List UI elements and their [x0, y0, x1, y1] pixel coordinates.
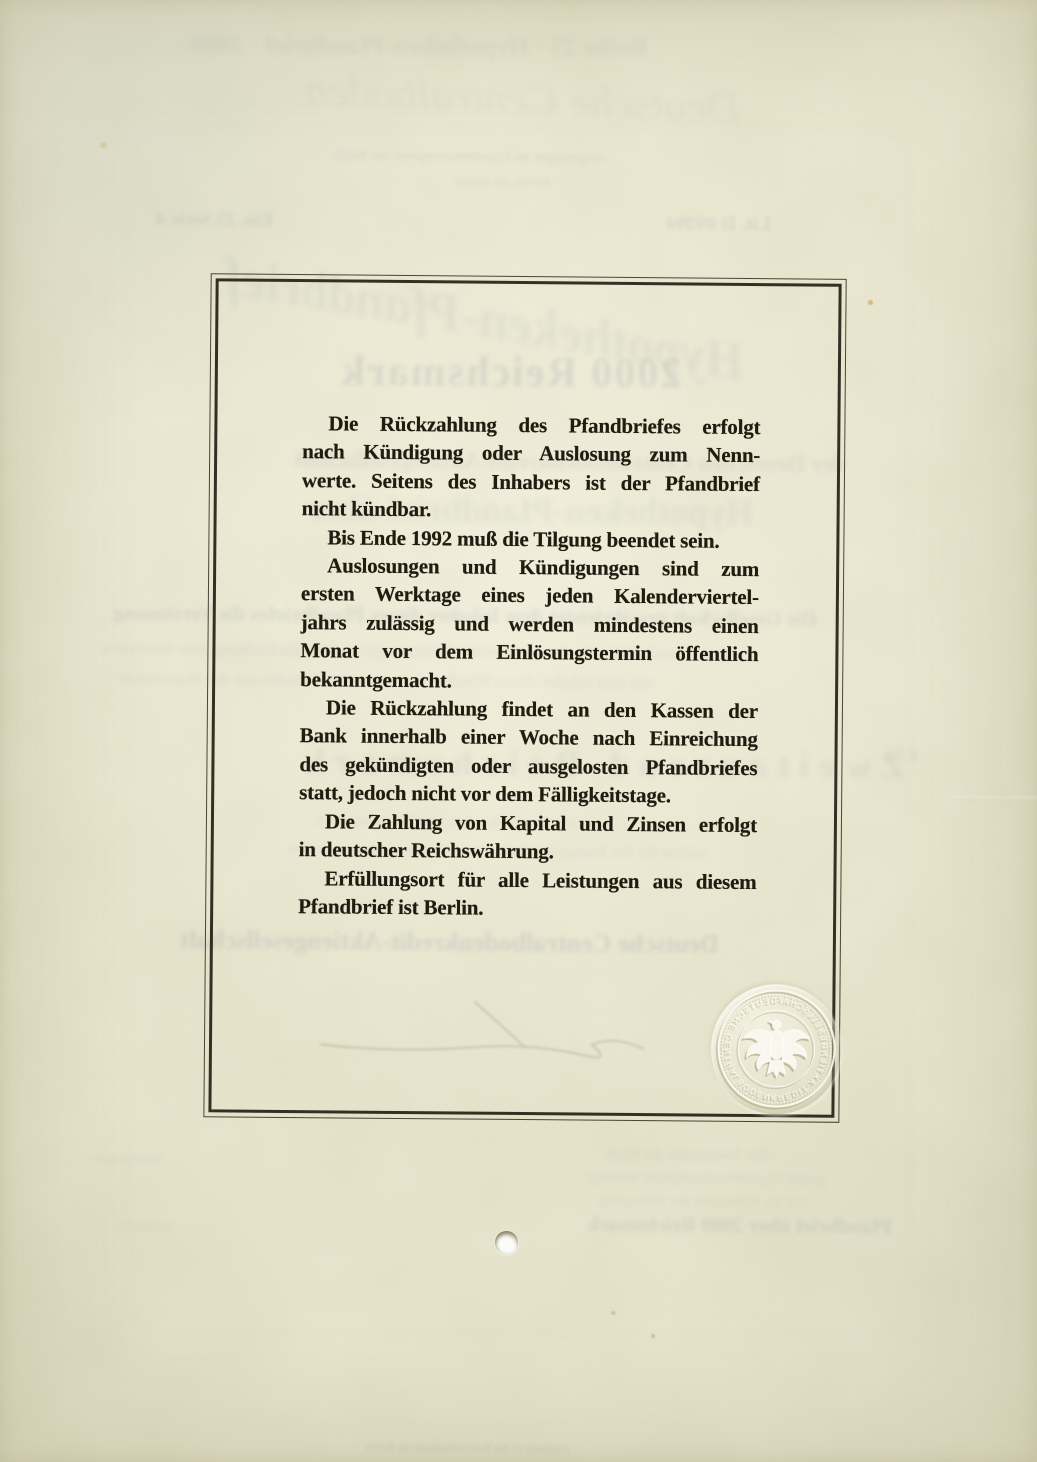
- document-sheet: Reihe 25 · Hypotheken-Pfandbrief · 2000 …: [0, 0, 1037, 1462]
- seal-graphic: DEUTSCHE CENTRALBODENKREDIT-AKTIENGESELL…: [710, 984, 841, 1115]
- terms-line: jahrs zulässig und werden mindestens ein…: [301, 608, 759, 640]
- terms-line: bekanntgemacht.: [300, 665, 758, 697]
- terms-line: Die Rückzahlung des Pfandbriefes erfolgt: [302, 409, 760, 441]
- terms-line: Die Rückzahlung findet an den Kassen der: [300, 693, 758, 725]
- terms-line: nicht kündbar.: [302, 494, 760, 526]
- terms-line: statt, jedoch nicht vor dem Fälligkeitst…: [299, 778, 757, 810]
- terms-line: werte. Seitens des Inhabers ist der Pfan…: [302, 466, 760, 498]
- terms-line: Bis Ende 1992 muß die Tilgung beendet se…: [301, 523, 759, 555]
- age-spot: [868, 300, 873, 305]
- terms-line: ersten Werktage eines jeden Kalendervier…: [301, 580, 759, 612]
- terms-line: nach Kündigung oder Auslosung zum Nenn-: [302, 438, 760, 470]
- terms-line: Die Zahlung von Kapital und Zinsen erfol…: [299, 807, 757, 839]
- terms-line: Pfandbrief ist Berlin.: [298, 892, 756, 924]
- punch-hole: [495, 1231, 518, 1254]
- terms-line: Monat vor dem Einlösungstermin öffentlic…: [300, 636, 758, 668]
- age-spot: [651, 1334, 655, 1338]
- terms-line: des gekündigten oder ausgelosten Pfandbr…: [299, 750, 757, 782]
- paper-crease: [952, 797, 1037, 800]
- terms-line: Bank innerhalb einer Woche nach Einreich…: [300, 722, 758, 754]
- embossed-seal: DEUTSCHE CENTRALBODENKREDIT-AKTIENGESELL…: [710, 984, 841, 1115]
- terms-text: Die Rückzahlung des Pfandbriefes erfolgt…: [298, 409, 760, 924]
- age-spot: [100, 142, 107, 148]
- terms-line: Erfüllungsort für alle Leistungen aus di…: [298, 864, 756, 896]
- terms-line: Auslosungen und Kündigungen sind zum: [301, 551, 759, 583]
- age-spot: [611, 1311, 616, 1315]
- terms-line: in deutscher Reichswährung.: [299, 835, 757, 867]
